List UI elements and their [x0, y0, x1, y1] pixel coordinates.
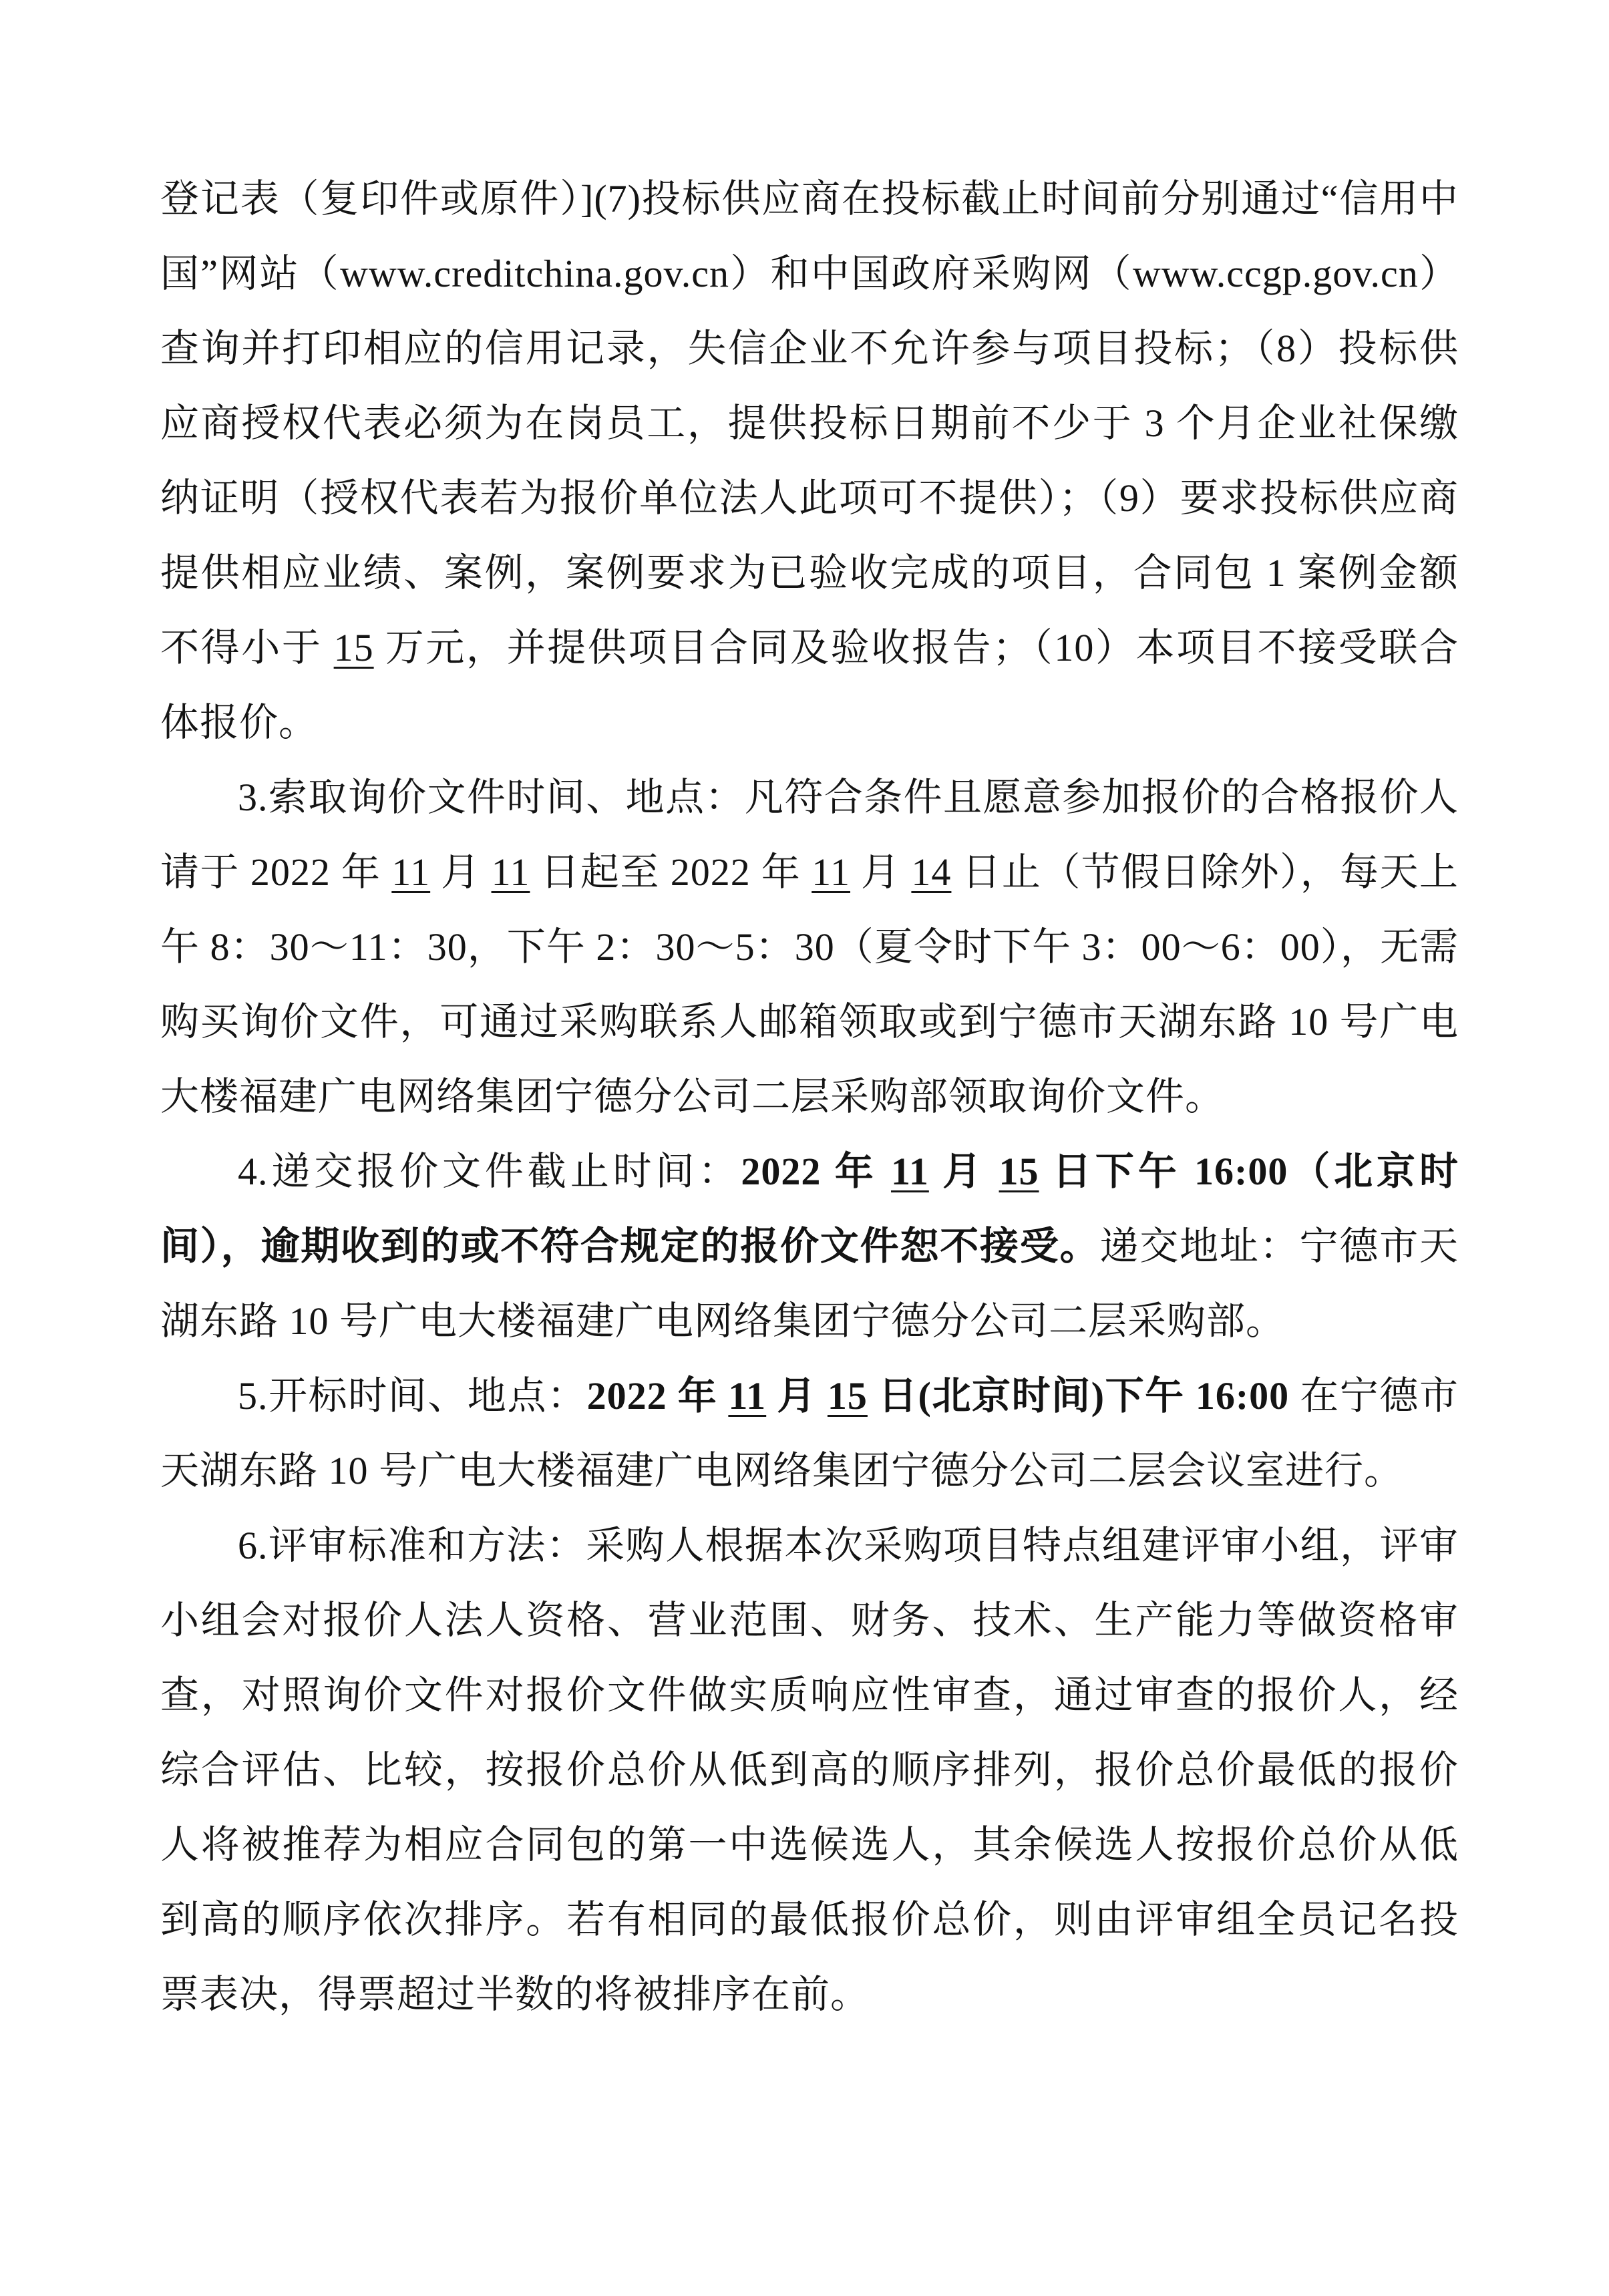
underlined-text: 11: [492, 850, 530, 894]
scanned-document-page: 登记表（复印件或原件）](7)投标供应商在投标截止时间前分别通过“信用中国”网站…: [0, 0, 1609, 2296]
underlined-text: 11: [891, 1150, 929, 1193]
text-run: 月: [430, 850, 491, 894]
underlined-text: 11: [812, 850, 850, 894]
bold-text: 2022 年: [587, 1374, 729, 1418]
underlined-text: 15: [828, 1374, 868, 1418]
underlined-text: 15: [334, 626, 374, 669]
paragraph: 6.评审标准和方法：采购人根据本次采购项目特点组建评审小组，评审小组会对报价人法…: [160, 1508, 1459, 2032]
bold-text: 月: [929, 1150, 999, 1193]
text-run: 4.递交报价文件截止时间：: [238, 1150, 741, 1193]
text-run: 日起至 2022 年: [530, 850, 812, 894]
paragraph: 5.开标时间、地点：2022 年 11 月 15 日(北京时间)下午 16:00…: [160, 1359, 1459, 1508]
text-run: 6.评审标准和方法：采购人根据本次采购项目特点组建评审小组，评审小组会对报价人法…: [160, 1524, 1459, 2016]
bold-text: 月: [766, 1374, 828, 1418]
paragraph: 4.递交报价文件截止时间：2022 年 11 月 15 日下午 16:00（北京…: [160, 1134, 1459, 1359]
bold-text: 逾期收到的或不符合规定的报价文件恕不接受。: [260, 1224, 1099, 1268]
paragraph: 3.索取询价文件时间、地点：凡符合条件且愿意参加报价的合格报价人请于 2022 …: [160, 760, 1459, 1134]
underlined-text: 14: [911, 850, 951, 894]
paragraph: 登记表（复印件或原件）](7)投标供应商在投标截止时间前分别通过“信用中国”网站…: [160, 162, 1459, 760]
bold-text: 日(北京时间)下午 16:00: [868, 1374, 1289, 1418]
underlined-text: 11: [728, 1374, 766, 1418]
text-run: 5.开标时间、地点：: [238, 1374, 587, 1418]
document-body: 登记表（复印件或原件）](7)投标供应商在投标截止时间前分别通过“信用中国”网站…: [160, 162, 1459, 2032]
underlined-text: 15: [999, 1150, 1039, 1193]
text-run: 月: [850, 850, 911, 894]
text-run: 登记表（复印件或原件）](7)投标供应商在投标截止时间前分别通过“信用中国”网站…: [160, 177, 1459, 669]
bold-text: 2022 年: [741, 1150, 891, 1193]
underlined-text: 11: [391, 850, 430, 894]
